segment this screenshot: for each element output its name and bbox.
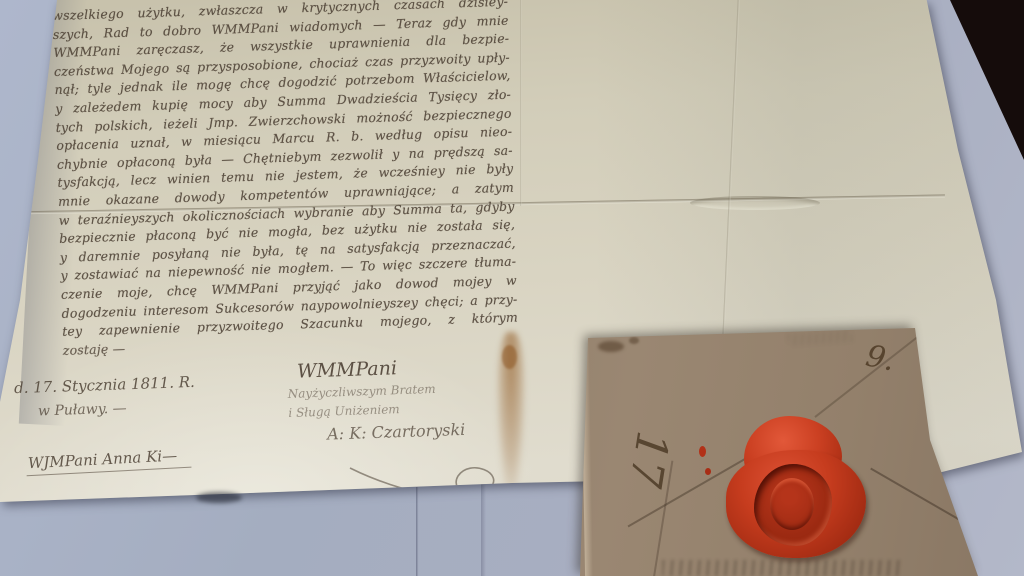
envelope: 9. 17 bbox=[0, 0, 1024, 576]
envelope-wrapper: 9. 17 bbox=[0, 0, 1024, 576]
wax-fleck bbox=[705, 468, 711, 475]
envelope-side-number: 17 bbox=[588, 423, 678, 505]
wax-seal-embossing bbox=[770, 478, 814, 530]
envelope-ink-stain bbox=[598, 341, 624, 352]
faint-ink-smudge bbox=[788, 330, 853, 346]
wax-fleck bbox=[699, 446, 706, 457]
envelope-ink-stain bbox=[629, 337, 639, 344]
photo-scene: wszelkiego użytku, zwłaszcza w krytyczny… bbox=[0, 0, 1024, 576]
envelope-bottom-writing-trace bbox=[662, 560, 902, 576]
wax-seal bbox=[726, 416, 882, 558]
envelope-number: 9. bbox=[863, 338, 898, 378]
envelope-flap-crease bbox=[870, 468, 984, 535]
envelope-edge-highlight bbox=[581, 338, 593, 576]
